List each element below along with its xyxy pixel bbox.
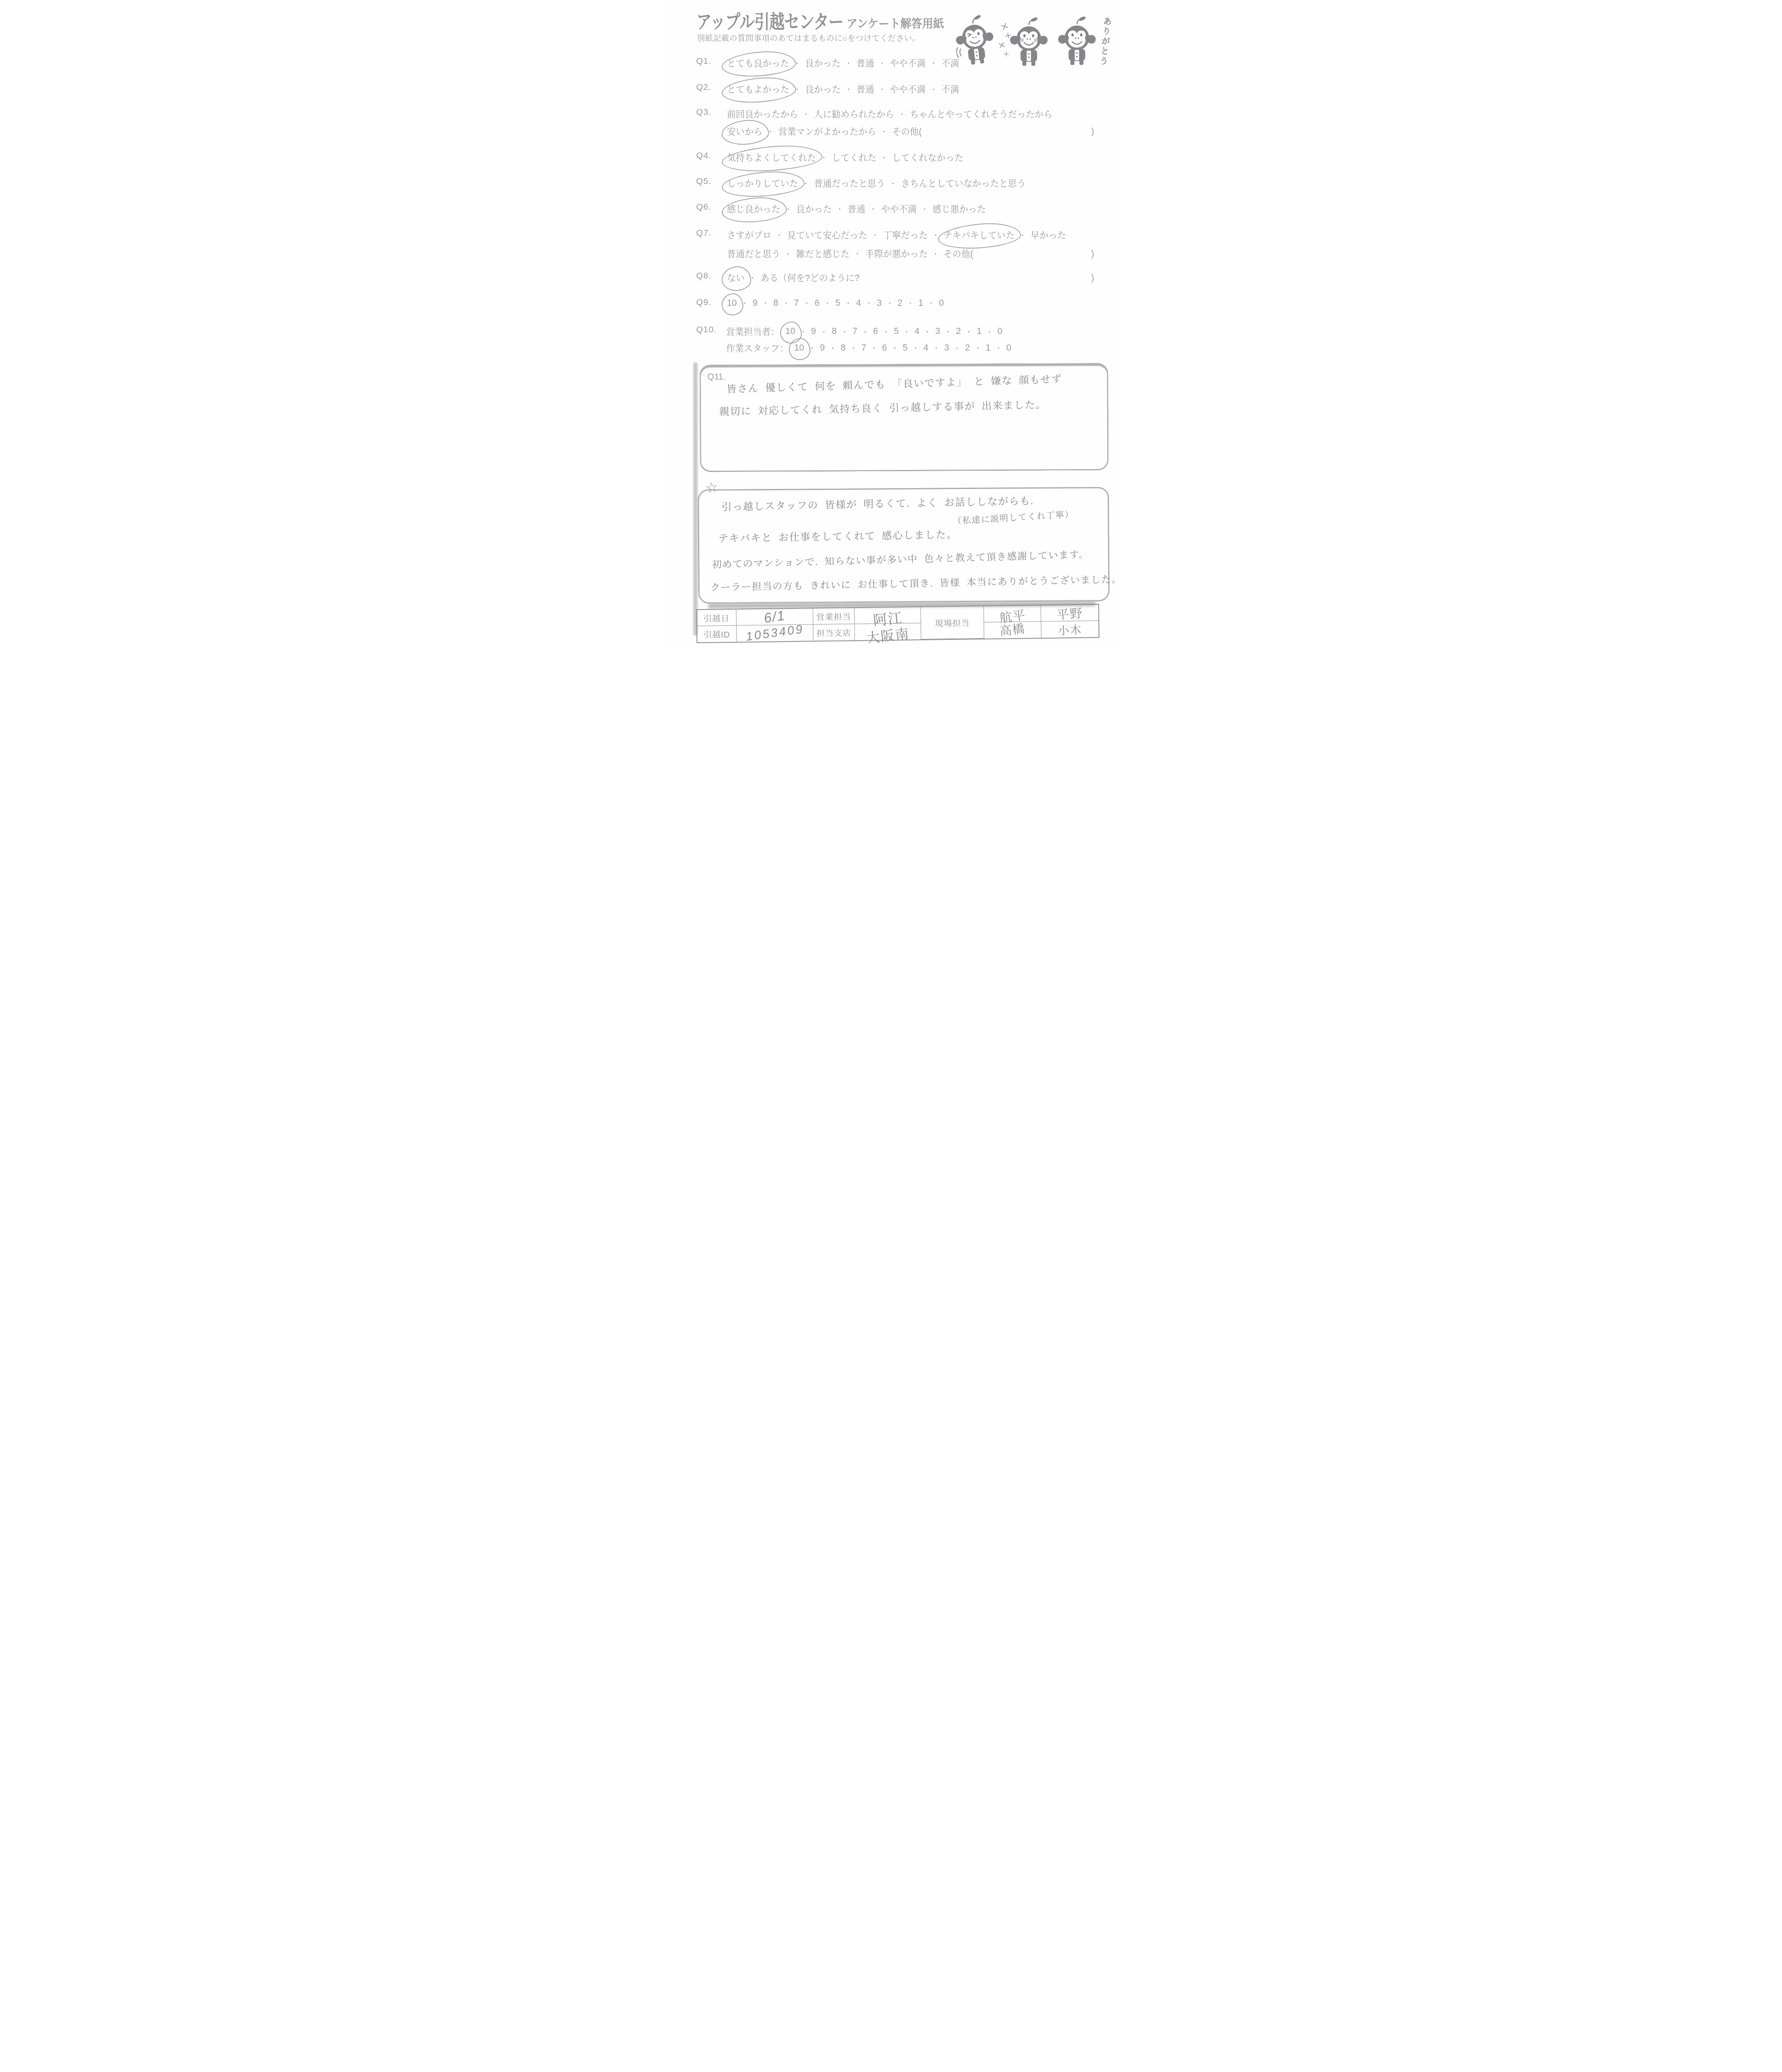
option-separator: ・ — [761, 298, 769, 308]
answer-options: 営業担当者：10・9・8・7・6・5・4・3・2・1・0 — [726, 325, 1094, 338]
instruction-text: 別紙記載の質問事項のあてはまるものに○をつけてください。 — [697, 32, 920, 44]
option: 良かった — [804, 82, 841, 95]
option: やや不満 — [889, 56, 926, 69]
option: 3 — [943, 343, 950, 353]
move-id-value: 1053409 — [736, 625, 813, 641]
option-separator: ・ — [803, 178, 810, 189]
option: 良かった — [804, 56, 841, 69]
option-separator: ・ — [903, 326, 910, 337]
option-separator: ・ — [841, 326, 848, 337]
option: 4 — [914, 326, 920, 336]
option-separator: ・ — [882, 326, 890, 337]
option-separator: ・ — [845, 84, 852, 94]
option: 8 — [840, 343, 846, 353]
handwritten-comment-line: 親切に 対応してくれ 気持ち良く 引っ越しする事が 出来ました。 — [719, 397, 1046, 419]
option: 5 — [893, 326, 899, 336]
option: ある（何を?どのように? — [760, 271, 861, 284]
option-separator: ・ — [845, 58, 852, 68]
option-separator: ・ — [880, 126, 888, 137]
option-separator: ・ — [878, 84, 886, 94]
site-crew-name: 高橋 — [984, 622, 1041, 639]
close-paren: ) — [1091, 248, 1094, 259]
option-separator: ・ — [891, 343, 899, 353]
option: 普通 — [856, 82, 875, 95]
option-separator: ・ — [872, 230, 879, 240]
option: 4 — [923, 343, 929, 353]
answer-options: 前回良かったから・人に勧められたから・ちゃんとやってくれそうだったから — [726, 107, 1094, 120]
option-circled: とてもよかった — [726, 82, 790, 95]
footer-info-table: 引越日 6/1 営業担当 阿江 現場担当 航平 平野 引越ID 1053409 … — [696, 604, 1099, 643]
option: 雑だと感じた — [795, 247, 851, 260]
branch-label: 担当支店 — [813, 624, 855, 641]
option-circled: とても良かった — [726, 56, 790, 69]
scan-edge-shadow — [693, 362, 698, 636]
site-crew-label: 現場担当 — [921, 606, 984, 639]
option: 普通だと思う — [726, 247, 781, 260]
option-separator: ・ — [921, 203, 929, 214]
option-separator: ・ — [803, 109, 810, 119]
option-circled: 10 — [785, 326, 796, 336]
question-row-q2: Q2. とてもよかった・良かった・普通・やや不満・不満 — [663, 82, 1119, 95]
option-separator: ・ — [898, 109, 906, 119]
question-row-q3: Q3. 前回良かったから・人に勧められたから・ちゃんとやってくれそうだったから — [663, 107, 1119, 120]
option-circled: テキパキしていた — [943, 228, 1016, 241]
option: 1 — [976, 326, 982, 336]
questionnaire-page: アップル引越センター アンケート解答用紙 別紙記載の質問事項のあてはまるものに○… — [663, 0, 1119, 644]
option: 6 — [881, 343, 888, 353]
option-separator: ・ — [932, 248, 939, 259]
option: 7 — [793, 298, 800, 308]
option-separator: ・ — [932, 230, 939, 240]
option: 前回良かったから — [726, 107, 799, 120]
question-row-q3-line2: 安いから・営業マンがよかったから・その他() — [663, 125, 1119, 137]
option: 感じ悪かった — [932, 202, 987, 215]
option: 不満 — [941, 56, 960, 69]
option: 普通だったと思う — [813, 177, 886, 189]
option-separator: ・ — [820, 152, 828, 163]
option-separator: ・ — [741, 298, 748, 308]
question-row-q9: Q9. 10・9・8・7・6・5・4・3・2・1・0 — [663, 298, 1119, 310]
option-separator: ・ — [844, 298, 852, 308]
option-separator: ・ — [850, 343, 857, 353]
option-separator: ・ — [924, 326, 931, 337]
option-separator: ・ — [933, 343, 940, 353]
option-separator: ・ — [878, 58, 886, 68]
option-separator: ・ — [793, 58, 801, 68]
page-subtitle: アンケート解答用紙 — [846, 15, 944, 31]
handwritten-comment-line: （私達に説明してくれ丁寧） — [952, 508, 1074, 527]
sparkle-icon: ＋ — [999, 21, 1010, 33]
answer-options: とてもよかった・良かった・普通・やや不満・不満 — [726, 82, 1094, 95]
option-separator: ・ — [890, 178, 897, 189]
option-circled: 10 — [726, 298, 738, 308]
option: 6 — [872, 326, 879, 336]
option-separator: ・ — [880, 152, 888, 163]
option-separator: ・ — [749, 272, 756, 283]
close-paren: ) — [1091, 272, 1094, 283]
move-id-label: 引越ID — [697, 626, 737, 642]
question-number: Q10. — [696, 325, 717, 335]
option-circled: 気持ちよくしてくれた — [726, 151, 817, 164]
question-row-q7-line2: 普通だと思う・雑だと感じた・手際が悪かった・その他() — [663, 247, 1119, 259]
question-row-q7: Q7. さすがプロ・見ていて安心だった・丁寧だった・テキパキしていた・早かった — [663, 228, 1119, 241]
option: 1 — [985, 343, 992, 353]
option: やや不満 — [889, 82, 926, 95]
question-row-q5: Q5. しっかりしていた・普通だったと思う・きちんとしていなかったと思う — [663, 177, 1119, 189]
question-number: Q9. — [696, 298, 712, 307]
option-separator: ・ — [944, 326, 952, 337]
option: 1 — [917, 298, 924, 308]
option: 8 — [831, 326, 837, 336]
site-crew-name: 航平 — [984, 605, 1041, 622]
option-separator: ・ — [829, 343, 836, 353]
option: やや不満 — [880, 202, 918, 215]
close-paren: ) — [1091, 126, 1094, 137]
option-separator: ・ — [870, 343, 878, 353]
question-number: Q5. — [696, 177, 712, 186]
option-circled: しっかりしていた — [726, 177, 799, 189]
scale-sub-label: 作業スタッフ： — [726, 341, 789, 354]
option-separator: ・ — [793, 84, 801, 94]
sparkle-icon: ＋ — [1004, 31, 1012, 40]
option: 3 — [934, 326, 941, 336]
option-separator: ・ — [1019, 230, 1026, 240]
option-separator: ・ — [808, 343, 816, 353]
option-separator: ・ — [953, 343, 961, 353]
option: その他( — [891, 125, 923, 138]
option: 手際が悪かった — [865, 247, 929, 260]
answer-options: 作業スタッフ：10・9・8・7・6・5・4・3・2・1・0 — [726, 341, 1094, 354]
option: 9 — [752, 298, 758, 308]
question-number: Q7. — [696, 228, 712, 238]
option-separator: ・ — [803, 298, 810, 308]
question-row-q10-line2: 作業スタッフ：10・9・8・7・6・5・4・3・2・1・0 — [663, 341, 1119, 354]
question-row-q1: Q1. とても良かった・良かった・普通・やや不満・不満 — [663, 56, 1119, 69]
option: 9 — [819, 343, 826, 353]
option: 良かった — [795, 202, 833, 215]
question-number: Q2. — [696, 82, 712, 92]
site-crew-name: 平野 — [1041, 605, 1098, 622]
option-separator: ・ — [974, 343, 982, 353]
question-number: Q1. — [696, 56, 712, 66]
option: 7 — [851, 326, 858, 336]
answer-options: 気持ちよくしてくれた・してくれた・してくれなかった — [726, 151, 1094, 164]
option-separator: ・ — [785, 203, 792, 214]
option-separator: ・ — [930, 84, 937, 94]
option: 丁寧だった — [883, 228, 929, 241]
answer-options: しっかりしていた・普通だったと思う・きちんとしていなかったと思う — [726, 177, 1094, 189]
option-separator: ・ — [965, 326, 972, 337]
option-separator: ・ — [824, 298, 831, 308]
option-separator: ・ — [854, 248, 861, 259]
handwritten-comment-line: 皆さん 優しくて 何を 頼んでも 「良いですよ」 と 嫌な 顔もせず — [726, 371, 1062, 396]
handwritten-comment-line: 初めてのマンションで. 知らない事が多い中 色々と教えて頂き感謝しています。 — [711, 547, 1089, 571]
branch-value: 大阪南 — [854, 623, 921, 640]
question-row-q8: Q8. ない・ある（何を?どのように?) — [663, 271, 1119, 283]
option-separator: ・ — [930, 58, 937, 68]
option: 0 — [1006, 343, 1012, 353]
option: 5 — [834, 298, 841, 308]
option: 4 — [855, 298, 862, 308]
option-separator: ・ — [986, 326, 993, 337]
option-separator: ・ — [767, 126, 774, 137]
site-crew-name: 小木 — [1041, 621, 1098, 638]
question-row-q10: Q10. 営業担当者：10・9・8・7・6・5・4・3・2・1・0 — [663, 325, 1119, 337]
option: 見ていて安心だった — [786, 228, 868, 241]
option: 2 — [955, 326, 962, 336]
option-separator: ・ — [861, 326, 869, 337]
option-separator: ・ — [912, 343, 919, 353]
sales-rep-value: 阿江 — [854, 607, 921, 624]
sparkle-icon: ＋ — [996, 40, 1007, 51]
page-title: アップル引越センター — [696, 7, 843, 34]
option: 0 — [996, 326, 1003, 336]
option: 7 — [861, 343, 867, 353]
q11-comment-box: Q11. 皆さん 優しくて 何を 頼んでも 「良いですよ」 と 嫌な 顔もせず … — [699, 363, 1108, 472]
answer-options: 普通だと思う・雑だと感じた・手際が悪かった・その他() — [726, 247, 1094, 260]
option-separator: ・ — [820, 326, 827, 337]
option-separator: ・ — [907, 298, 914, 308]
option: 2 — [897, 298, 903, 308]
option: 6 — [814, 298, 820, 308]
handwritten-comment-line: 引っ越しスタッフの 皆様が 明るくて. よく お話ししながらも. — [721, 493, 1034, 514]
option-separator: ・ — [886, 298, 893, 308]
option: 不満 — [941, 82, 960, 95]
answer-options: とても良かった・良かった・普通・やや不満・不満 — [726, 56, 1094, 69]
option: 人に勧められたから — [813, 107, 895, 120]
option: その他( — [943, 247, 974, 260]
option: 2 — [964, 343, 971, 353]
question-row-q4: Q4. 気持ちよくしてくれた・してくれた・してくれなかった — [663, 151, 1119, 163]
option: さすがプロ — [726, 228, 773, 241]
answer-options: ない・ある（何を?どのように?) — [726, 271, 1094, 284]
star-comment-box: 引っ越しスタッフの 皆様が 明るくて. よく お話ししながらも. （私達に説明し… — [698, 487, 1110, 604]
option: 8 — [772, 298, 779, 308]
option: してくれなかった — [891, 151, 964, 164]
handwritten-comment-line: テキパキと お仕事をしてくれて 感心しました。 — [718, 527, 957, 545]
option: 普通 — [847, 202, 866, 215]
scale-sub-label: 営業担当者： — [726, 325, 780, 338]
answer-options: 感じ良かった・良かった・普通・やや不満・感じ悪かった — [726, 202, 1094, 215]
option: 営業マンがよかったから — [778, 125, 878, 138]
option-separator: ・ — [870, 203, 877, 214]
sales-rep-label: 営業担当 — [813, 608, 855, 625]
answer-options: 安いから・営業マンがよかったから・その他() — [726, 125, 1094, 138]
question-number: Q4. — [696, 151, 712, 161]
option-separator: ・ — [865, 298, 873, 308]
option: 9 — [810, 326, 817, 336]
answer-options: 10・9・8・7・6・5・4・3・2・1・0 — [726, 298, 1094, 308]
option: 早かった — [1030, 228, 1067, 241]
option-circled: 感じ良かった — [726, 202, 781, 215]
option: してくれた — [831, 151, 878, 164]
move-date-label: 引越日 — [697, 610, 737, 626]
option: きちんとしていなかったと思う — [900, 177, 1027, 189]
question-number: Q8. — [696, 271, 712, 281]
option-circled: ない — [726, 271, 746, 284]
answer-options: さすがプロ・見ていて安心だった・丁寧だった・テキパキしていた・早かった — [726, 228, 1094, 241]
option-circled: 安いから — [726, 125, 764, 138]
option-separator: ・ — [782, 298, 790, 308]
option: 普通 — [856, 56, 875, 69]
option-separator: ・ — [836, 203, 844, 214]
option-separator: ・ — [995, 343, 1002, 353]
option: 5 — [902, 343, 909, 353]
question-number: Q3. — [696, 107, 712, 117]
option-circled: 10 — [793, 343, 805, 353]
question-row-q6: Q6. 感じ良かった・良かった・普通・やや不満・感じ悪かった — [663, 202, 1119, 215]
option: ちゃんとやってくれそうだったから — [909, 107, 1053, 120]
option: 3 — [876, 298, 883, 308]
option-separator: ・ — [799, 326, 807, 337]
option-separator: ・ — [785, 248, 792, 259]
option: 0 — [938, 298, 945, 308]
question-number: Q11. — [707, 372, 725, 382]
question-number: Q6. — [696, 202, 712, 212]
option-separator: ・ — [776, 230, 783, 240]
option-separator: ・ — [927, 298, 935, 308]
handwritten-comment-line: クーラー担当の方も きれいに お仕事して頂き. 皆様 本当にありがとうございまし… — [710, 571, 1119, 594]
